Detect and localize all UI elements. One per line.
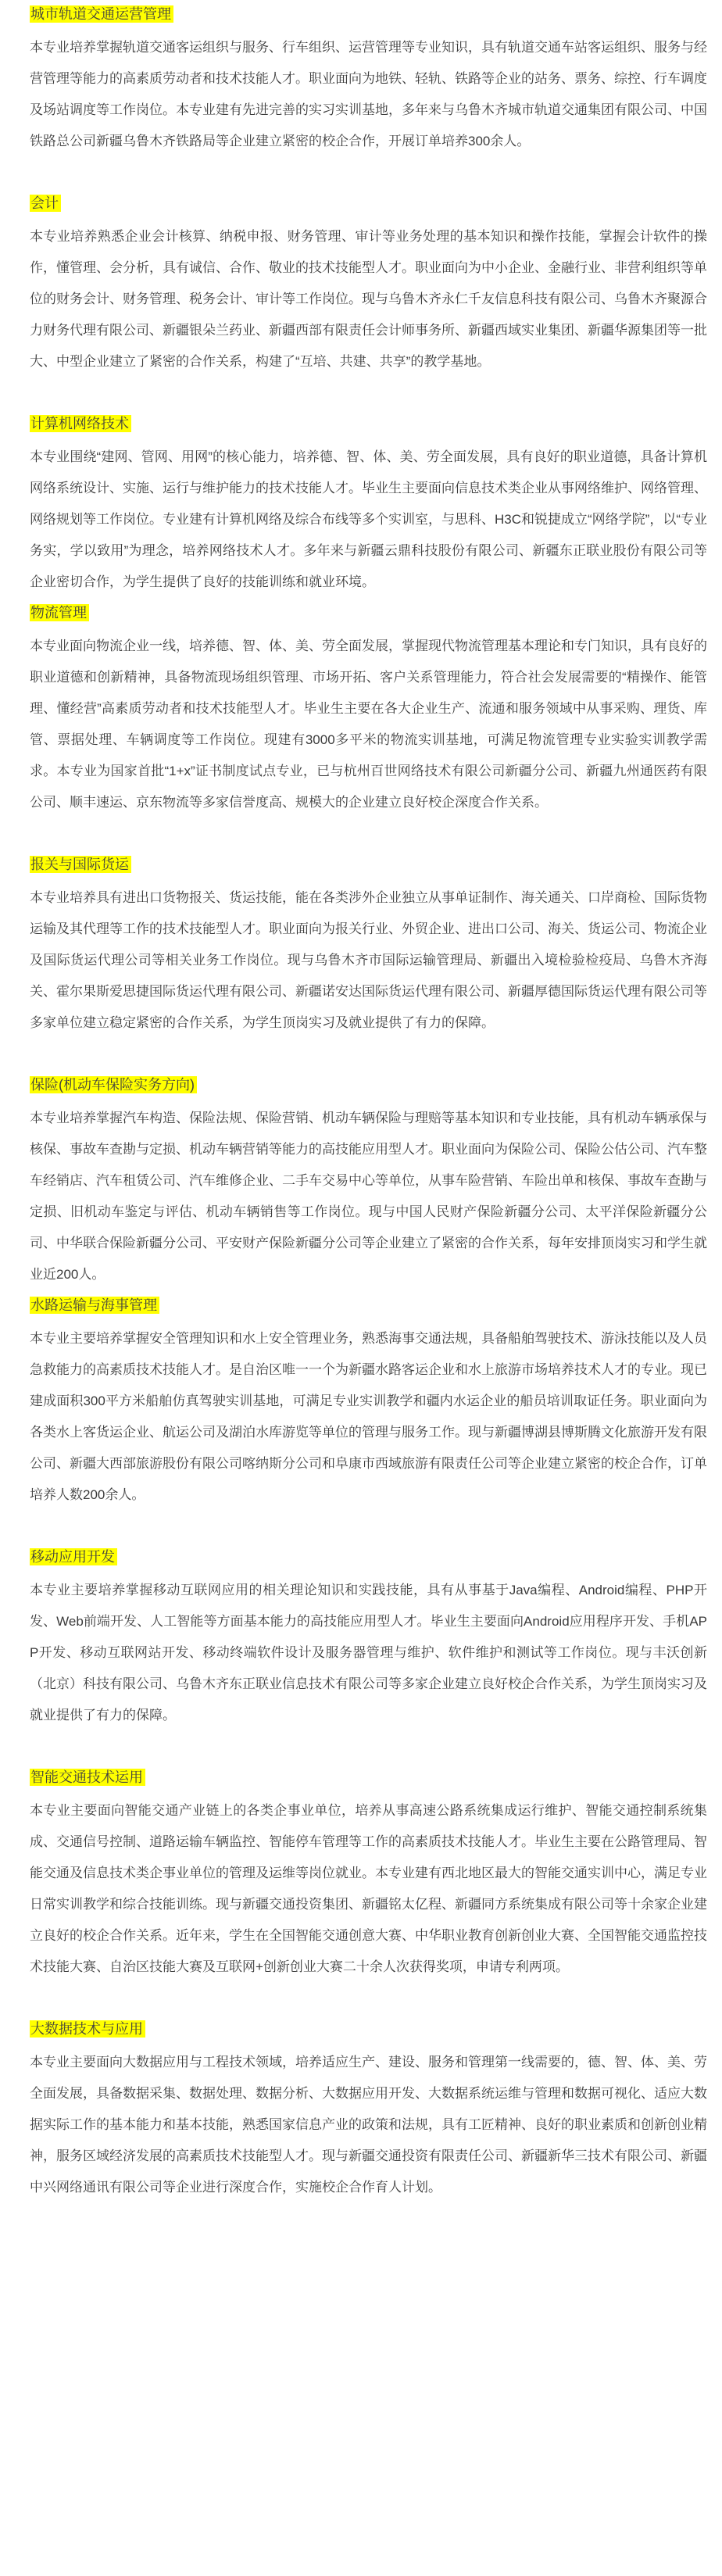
program-title-highlight: 水路运输与海事管理 [30,1297,159,1314]
program-title-highlight: 移动应用开发 [30,1548,117,1565]
program-title: 计算机网络技术 [30,413,707,434]
program-title: 大数据技术与应用 [30,2019,707,2039]
program-section: 智能交通技术运用本专业主要面向智能交通产业链上的各类企事业单位，培养从事高速公路… [30,1767,707,1983]
program-section: 保险(机动车保险实务方向)本专业培养掌握汽车构造、保险法规、保险营销、机动车辆保… [30,1075,707,1290]
program-title-highlight: 报关与国际货运 [30,856,131,873]
program-description: 本专业围绕“建网、管网、用网”的核心能力，培养德、智、体、美、劳全面发展，具有良… [30,442,707,598]
program-title-highlight: 物流管理 [30,604,89,621]
program-title: 会计 [30,193,707,213]
program-section: 水路运输与海事管理本专业主要培养掌握安全管理知识和水上安全管理业务，熟悉海事交通… [30,1295,707,1511]
program-description: 本专业培养掌握汽车构造、保险法规、保险营销、机动车辆保险与理赔等基本知识和专业技… [30,1103,707,1290]
program-description: 本专业主要面向大数据应用与工程技术领域，培养适应生产、建设、服务和管理第一线需要… [30,2047,707,2203]
program-title: 智能交通技术运用 [30,1767,707,1787]
program-description: 本专业培养掌握轨道交通客运组织与服务、行车组织、运营管理等专业知识，具有轨道交通… [30,32,707,157]
program-title-highlight: 智能交通技术运用 [30,1769,145,1786]
program-description: 本专业培养熟悉企业会计核算、纳税申报、财务管理、审计等业务处理的基本知识和操作技… [30,221,707,377]
program-section: 报关与国际货运本专业培养具有进出口货物报关、货运技能，能在各类涉外企业独立从事单… [30,854,707,1039]
program-description: 本专业主要面向智能交通产业链上的各类企事业单位，培养从事高速公路系统集成运行维护… [30,1795,707,1983]
program-title-highlight: 城市轨道交通运营管理 [30,5,173,23]
program-description: 本专业主要培养掌握移动互联网应用的相关理论知识和实践技能，具有从事基于Java编… [30,1575,707,1731]
program-title: 物流管理 [30,603,707,623]
program-section: 计算机网络技术本专业围绕“建网、管网、用网”的核心能力，培养德、智、体、美、劳全… [30,413,707,598]
program-description: 本专业培养具有进出口货物报关、货运技能，能在各类涉外企业独立从事单证制作、海关通… [30,882,707,1039]
program-title-highlight: 大数据技术与应用 [30,2020,145,2038]
program-list: 城市轨道交通运营管理本专业培养掌握轨道交通客运组织与服务、行车组织、运营管理等专… [0,0,722,2217]
program-title-highlight: 会计 [30,195,61,212]
program-title: 水路运输与海事管理 [30,1295,707,1315]
program-title: 城市轨道交通运营管理 [30,4,707,24]
program-title: 移动应用开发 [30,1547,707,1567]
program-title: 报关与国际货运 [30,854,707,875]
program-section: 物流管理本专业面向物流企业一线，培养德、智、体、美、劳全面发展，掌握现代物流管理… [30,603,707,818]
program-title-highlight: 计算机网络技术 [30,415,131,432]
program-description: 本专业面向物流企业一线，培养德、智、体、美、劳全面发展，掌握现代物流管理基本理论… [30,631,707,818]
program-section: 城市轨道交通运营管理本专业培养掌握轨道交通客运组织与服务、行车组织、运营管理等专… [30,4,707,157]
program-section: 会计本专业培养熟悉企业会计核算、纳税申报、财务管理、审计等业务处理的基本知识和操… [30,193,707,377]
program-section: 大数据技术与应用本专业主要面向大数据应用与工程技术领域，培养适应生产、建设、服务… [30,2019,707,2203]
program-title-highlight: 保险(机动车保险实务方向) [30,1076,197,1093]
program-title: 保险(机动车保险实务方向) [30,1075,707,1095]
program-description: 本专业主要培养掌握安全管理知识和水上安全管理业务，熟悉海事交通法规，具备船舶驾驶… [30,1323,707,1511]
program-section: 移动应用开发本专业主要培养掌握移动互联网应用的相关理论知识和实践技能，具有从事基… [30,1547,707,1731]
